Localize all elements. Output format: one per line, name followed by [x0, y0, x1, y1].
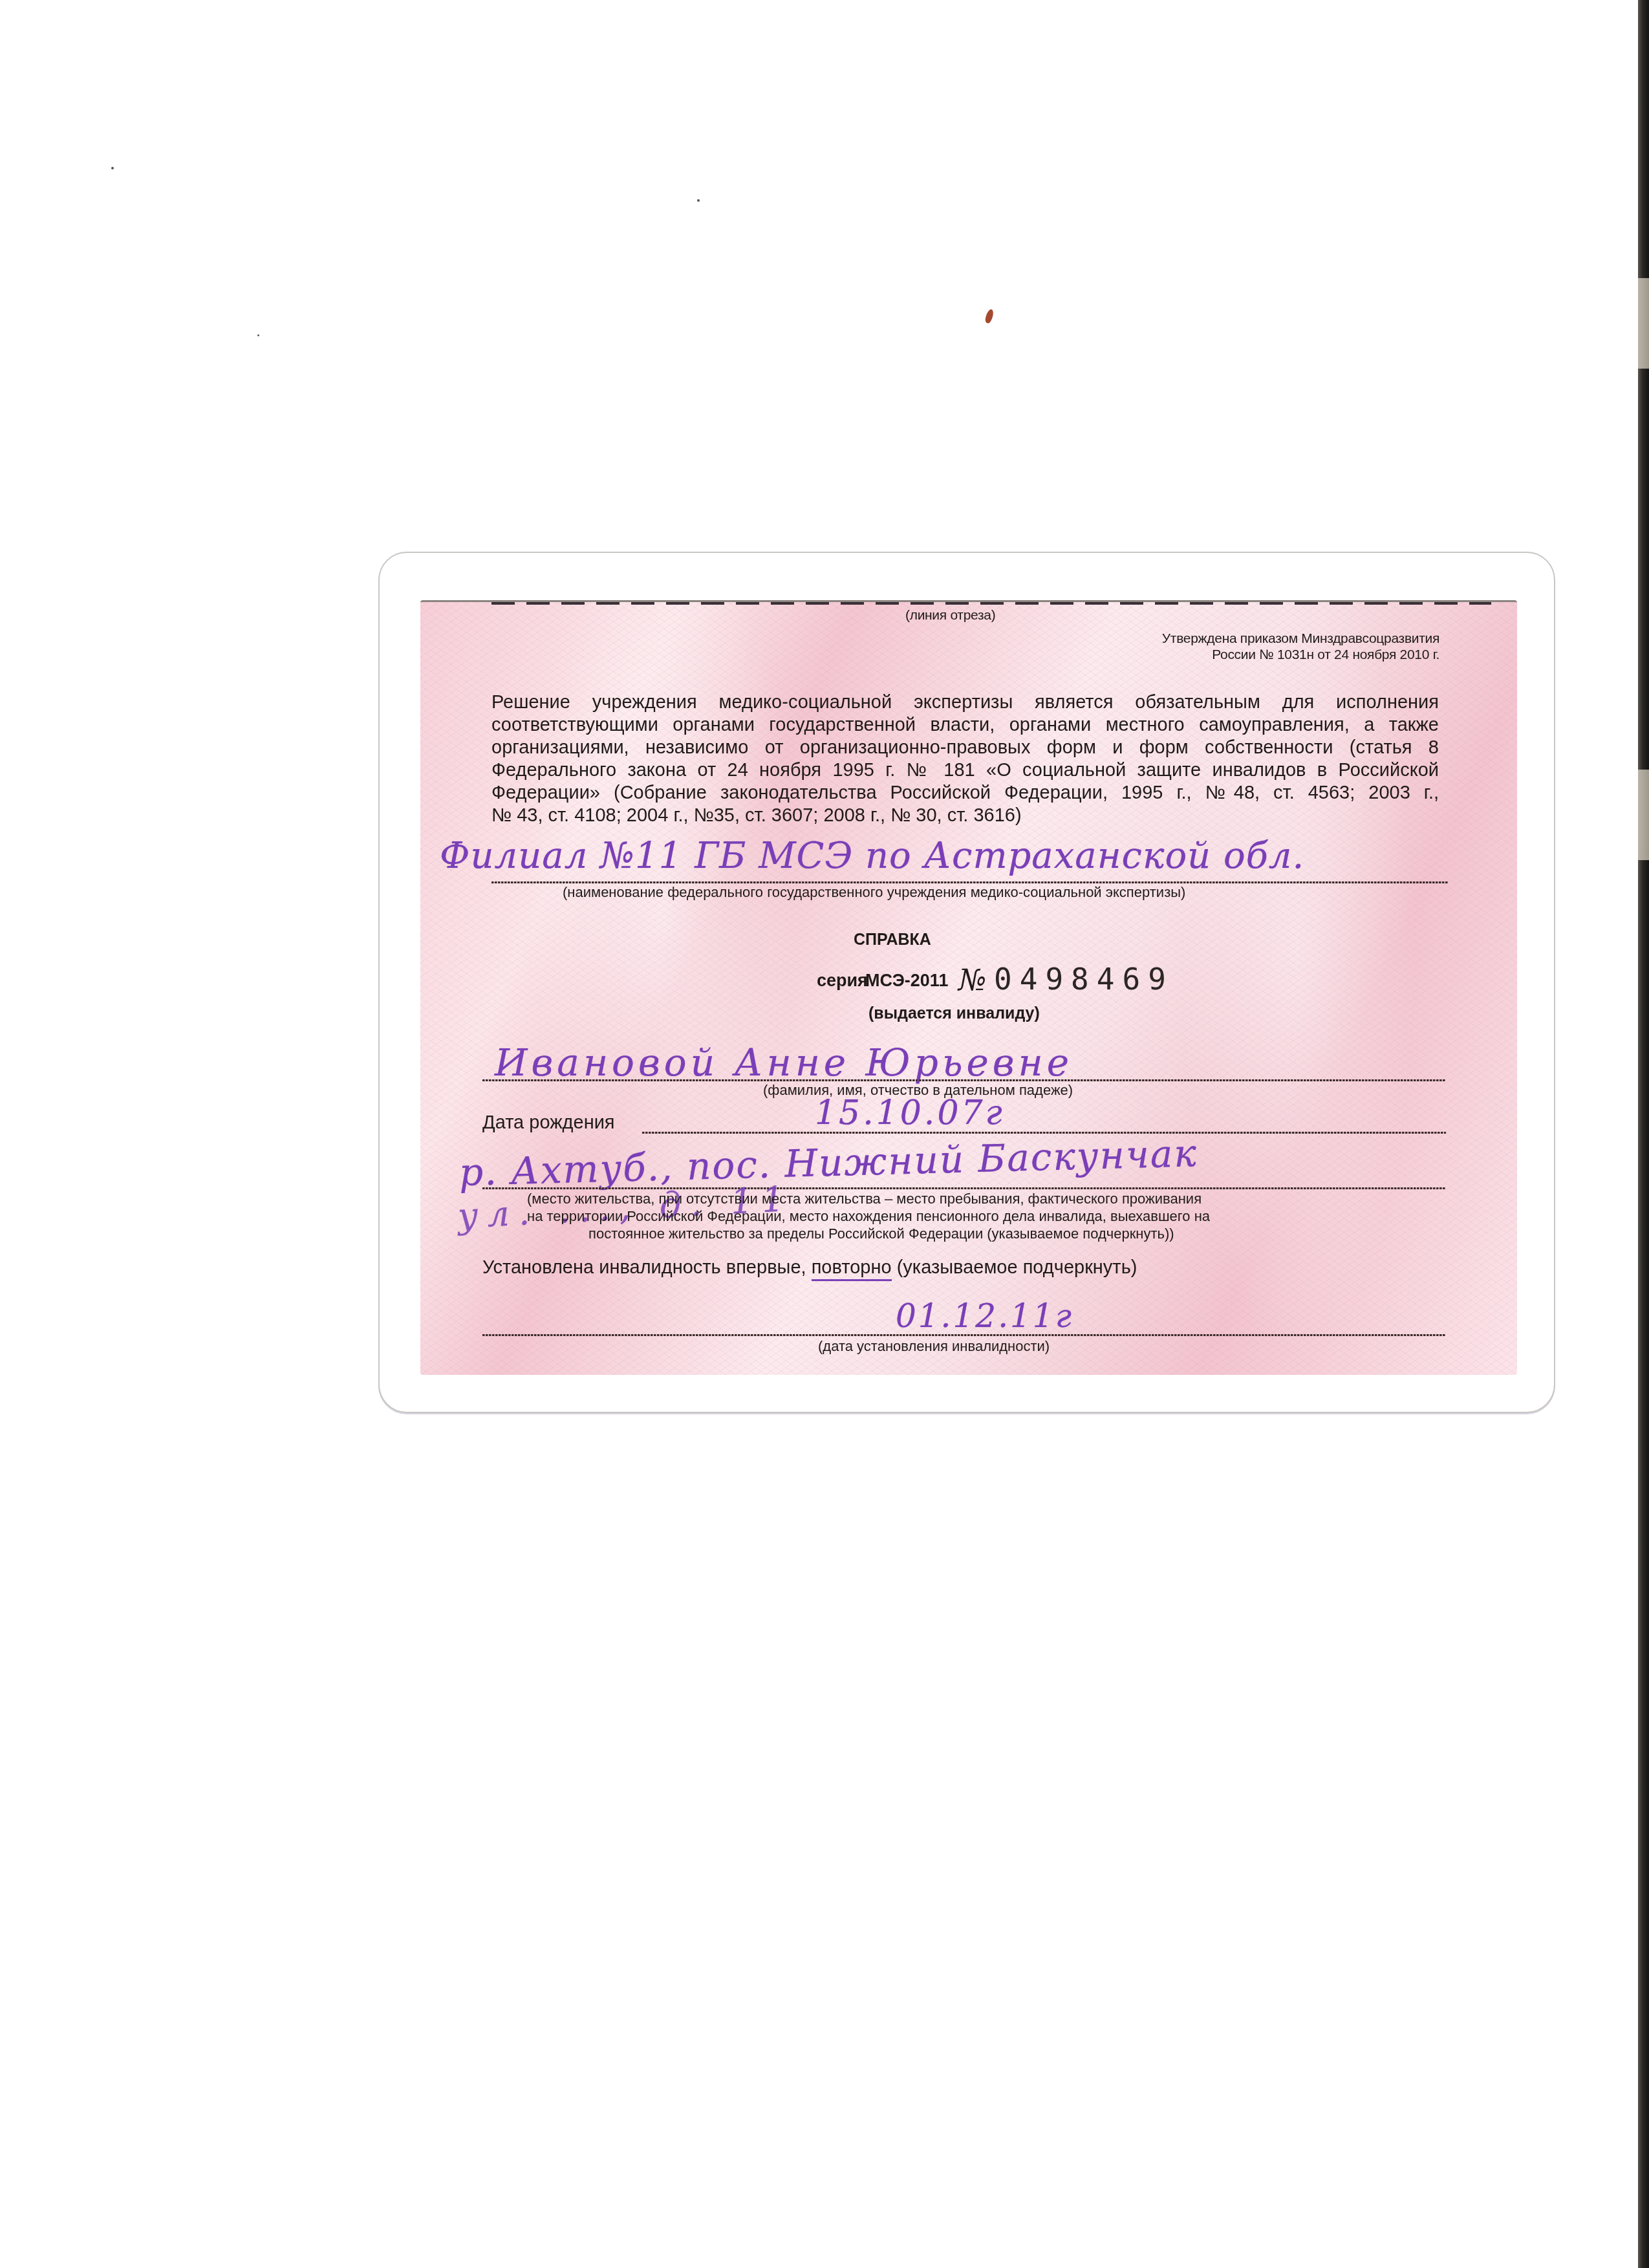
cut-line-label: (линия отреза) [905, 608, 995, 623]
legal-line: № 43, ст. 4108; 2004 г., №35, ст. 3607; … [491, 805, 1439, 827]
scanner-edge-band [1638, 0, 1649, 2268]
legal-line: Федерации» (Собрание законодательства Ро… [491, 782, 1439, 805]
residence-caption-3: постоянное жительство за пределы Российс… [588, 1226, 1174, 1242]
disability-date-caption: (дата установления инвалидности) [818, 1338, 1050, 1355]
certificate-title: СПРАВКА [854, 931, 931, 949]
recipient-handwritten: Ивановой Анне Юрьевне [495, 1041, 1073, 1085]
legal-line: соответствующими органами государственно… [491, 714, 1439, 737]
disability-status: Установлена инвалидность впервые, повтор… [482, 1257, 1137, 1279]
certificate-insert: (линия отреза) Утверждена приказом Минзд… [420, 600, 1517, 1375]
institution-line [491, 881, 1449, 883]
series-label: серия [817, 971, 868, 991]
birth-date-label: Дата рождения [482, 1112, 615, 1134]
scan-speck [111, 167, 114, 169]
scan-speck [257, 334, 259, 336]
residence-handwritten-1: р. Ахтуб., пос. Нижний Баскунчак [458, 1131, 1198, 1194]
disability-status-underlined: повторно [812, 1257, 892, 1281]
disability-date-handwritten: 01.12.11г [896, 1297, 1073, 1335]
institution-handwritten: Филиал №11 ГБ МСЭ по Астраханской обл. [440, 835, 1304, 877]
disability-status-suffix: (указываемое подчеркнуть) [897, 1257, 1137, 1278]
approval-line-1: Утверждена приказом Минздравсоцразвития [1162, 631, 1439, 647]
approval-line-2: России № 1031н от 24 ноября 2010 г. [1212, 647, 1439, 663]
institution-caption: (наименование федерального государственн… [563, 884, 1185, 901]
scan-speck [697, 199, 700, 202]
series-value: МСЭ-2011 [865, 971, 948, 991]
legal-paragraph: Решение учреждения медико-социальной экс… [491, 691, 1439, 827]
disability-status-prefix: Установлена инвалидность впервые, [482, 1257, 806, 1278]
disability-date-line [482, 1334, 1446, 1336]
number-sign: № [958, 962, 987, 997]
residence-caption-1: (место жительства, при отсутствии места … [527, 1191, 1202, 1207]
birth-date-handwritten: 15.10.07г [815, 1094, 1005, 1132]
scan-stain [984, 308, 995, 324]
issued-to-label: (выдается инвалиду) [868, 1004, 1040, 1023]
legal-line: Решение учреждения медико-социальной экс… [491, 691, 1439, 714]
residence-caption-2: на территории Российской Федерации, мест… [527, 1208, 1210, 1225]
legal-line: Федерального закона от 24 ноября 1995 г.… [491, 759, 1439, 782]
cut-line [491, 602, 1491, 605]
certificate-number: 0498469 [994, 962, 1174, 997]
birth-date-line [642, 1132, 1446, 1134]
recipient-line [482, 1079, 1446, 1081]
legal-line: организациями, независимо от организацио… [491, 737, 1439, 759]
